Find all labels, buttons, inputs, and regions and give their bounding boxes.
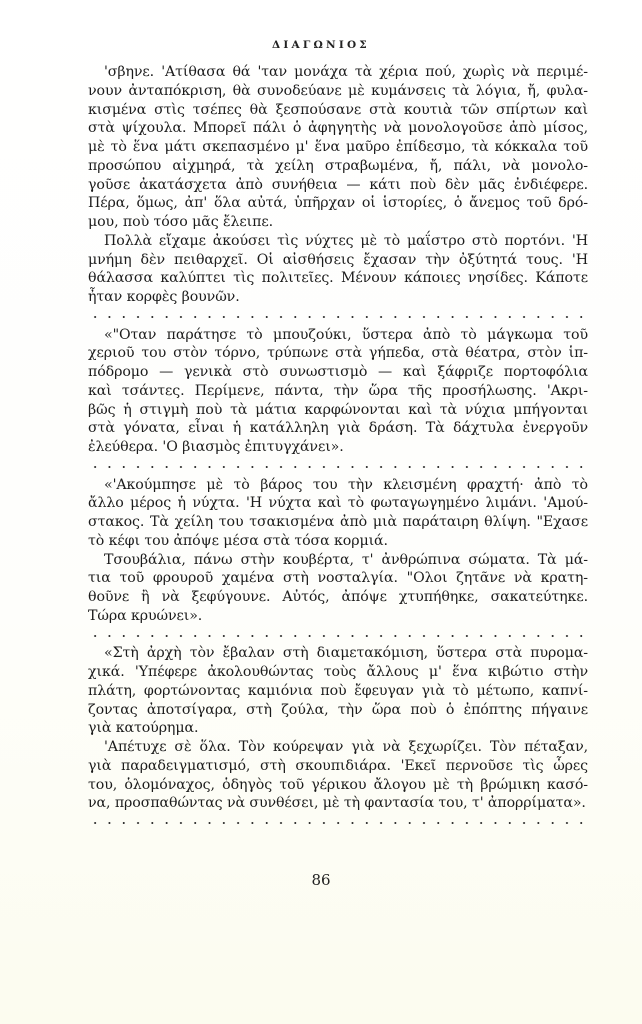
- text-line: μὲ τὸ ἕνα μάτι σκεπασμένο μ' ἕνα μαῦρο ἐ…: [88, 138, 588, 157]
- text-line: ἦταν κορφὲς βουνῶν.: [88, 288, 588, 307]
- text-line: να, προσπαθώντας νὰ συνθέσει, μὲ τὴ φαντ…: [88, 794, 588, 813]
- text-line: τια τοῦ φρουροῦ χαμένα στὴ νοσταλγία. "Ο…: [88, 569, 588, 588]
- text-line: ἄλλο μέρος ἡ νύχτα. 'Η νύχτα καὶ τὸ φωτα…: [88, 494, 588, 513]
- body-text: 'σβηνε. 'Ατίθασα θά 'ταν μονάχα τὰ χέρια…: [88, 63, 588, 832]
- text-line: «Στὴ ἀρχὴ τὸν ἔβαλαν στὴ διαμετακόμιση, …: [88, 644, 588, 663]
- paragraph: 'σβηνε. 'Ατίθασα θά 'ταν μονάχα τὰ χέρια…: [88, 63, 588, 232]
- text-line: 'Απέτυχε σὲ ὅλα. Τὸν κούρεψαν γιὰ νὰ ξεχ…: [88, 738, 588, 757]
- text-line: «'Ακούμπησε μὲ τὸ βάρος του τὴν κλεισμέν…: [88, 476, 588, 495]
- text-line: κισμένα στὶς τσέπες θὰ ξεσπούσανε στὰ κο…: [88, 101, 588, 120]
- text-line: «"Οταν παράτησε τὸ μπουζούκι, ὕστερα ἀπὸ…: [88, 326, 588, 345]
- text-line: νουν ἀνταπόκριση, θὰ συνοδεύανε μὲ κυμάν…: [88, 82, 588, 101]
- paragraph: Τσουβάλια, πάνω στὴν κουβέρτα, τ' ἀνθρώπ…: [88, 551, 588, 626]
- text-line: γοῦσε ἀκατάσχετα ἀπὸ συνήθεια — κάτι ποὺ…: [88, 176, 588, 195]
- paragraph: Πολλὰ εἴχαμε ἀκούσει τὶς νύχτες μὲ τὸ μα…: [88, 232, 588, 307]
- page-number: 86: [0, 871, 642, 889]
- paragraph: 'Απέτυχε σὲ ὅλα. Τὸν κούρεψαν γιὰ νὰ ξεχ…: [88, 738, 588, 813]
- text-line: προσώπου αἰχμηρά, τὰ χείλη στραβωμένα, ἤ…: [88, 157, 588, 176]
- text-line: μνήμη δὲν πειθαρχεῖ. Οἱ αἰσθήσεις ἔχασαν…: [88, 251, 588, 270]
- text-line: 'σβηνε. 'Ατίθασα θά 'ταν μονάχα τὰ χέρια…: [88, 63, 588, 82]
- text-line: ζοντας ἀποτσίγαρα, στὴ ζούλα, τὴν ὥρα πο…: [88, 701, 588, 720]
- text-line: Τώρα κρυώνει».: [88, 607, 588, 626]
- text-line: του, ὁλομόναχος, ὁδηγὸς τοῦ γέρικου ἄλογ…: [88, 776, 588, 795]
- text-line: χεριοῦ του στὸν τόρνο, τρύπωνε στὰ γήπεδ…: [88, 344, 588, 363]
- text-line: θοῦνε ἢ νὰ ξεφύγουνε. Αὐτός, ἀπόψε χτυπή…: [88, 588, 588, 607]
- paragraph: «Στὴ ἀρχὴ τὸν ἔβαλαν στὴ διαμετακόμιση, …: [88, 644, 588, 738]
- section-separator: [88, 457, 588, 476]
- text-line: πόδρομο — γενικὰ στὸ συνωστισμὸ — καὶ ξά…: [88, 363, 588, 382]
- text-line: χικά. 'Υπέφερε ἀκολουθώντας τοὺς ἄλλους …: [88, 663, 588, 682]
- text-line: πλάτη, φορτώνοντας καμιόνια ποὺ ἔφευγαν …: [88, 682, 588, 701]
- text-line: γιὰ κατούρημα.: [88, 719, 588, 738]
- paragraph: «"Οταν παράτησε τὸ μπουζούκι, ὕστερα ἀπὸ…: [88, 326, 588, 457]
- text-line: Πολλὰ εἴχαμε ἀκούσει τὶς νύχτες μὲ τὸ μα…: [88, 232, 588, 251]
- text-line: βῶς ἡ στιγμὴ ποὺ τὰ μάτια καρφώνονται κα…: [88, 401, 588, 420]
- text-line: μου, ποὺ τόσο μᾶς ἔλειπε.: [88, 213, 588, 232]
- text-line: Τσουβάλια, πάνω στὴν κουβέρτα, τ' ἀνθρώπ…: [88, 551, 588, 570]
- paragraph: «'Ακούμπησε μὲ τὸ βάρος του τὴν κλεισμέν…: [88, 476, 588, 551]
- book-page: ΔΙΑΓΩΝΙΟΣ 'σβηνε. 'Ατίθασα θά 'ταν μονάχ…: [0, 0, 642, 1024]
- text-line: στακος. Τὰ χείλη του τσακισμένα ἀπὸ μιὰ …: [88, 513, 588, 532]
- section-separator: [88, 813, 588, 832]
- section-separator: [88, 626, 588, 645]
- text-line: στὰ γόνατα, εἶναι ἡ κατάλληλη γιὰ δράση.…: [88, 419, 588, 438]
- text-line: γιὰ παραδειγματισμό, στὴ σκουπιδιάρα. 'Ε…: [88, 757, 588, 776]
- text-line: ἐλεύθερα. 'Ο βιασμὸς ἐπιτυγχάνει».: [88, 438, 588, 457]
- text-line: καὶ τσάντες. Περίμενε, πάντα, τὴν ὥρα τῆ…: [88, 382, 588, 401]
- text-line: στὰ ψίχουλα. Μπορεῖ πάλι ὁ ἀφηγητὴς νὰ μ…: [88, 119, 588, 138]
- text-line: θάλασσα καλύπτει τὶς πολιτεῖες. Μένουν κ…: [88, 269, 588, 288]
- section-separator: [88, 307, 588, 326]
- text-line: τὸ κέφι του ἀπόψε μέσα στὰ τόσα κορμιά.: [88, 532, 588, 551]
- running-head: ΔΙΑΓΩΝΙΟΣ: [0, 39, 642, 51]
- text-line: Πέρα, ὅμως, ἀπ' ὅλα αὐτά, ὑπῆρχαν οἱ ἱστ…: [88, 194, 588, 213]
